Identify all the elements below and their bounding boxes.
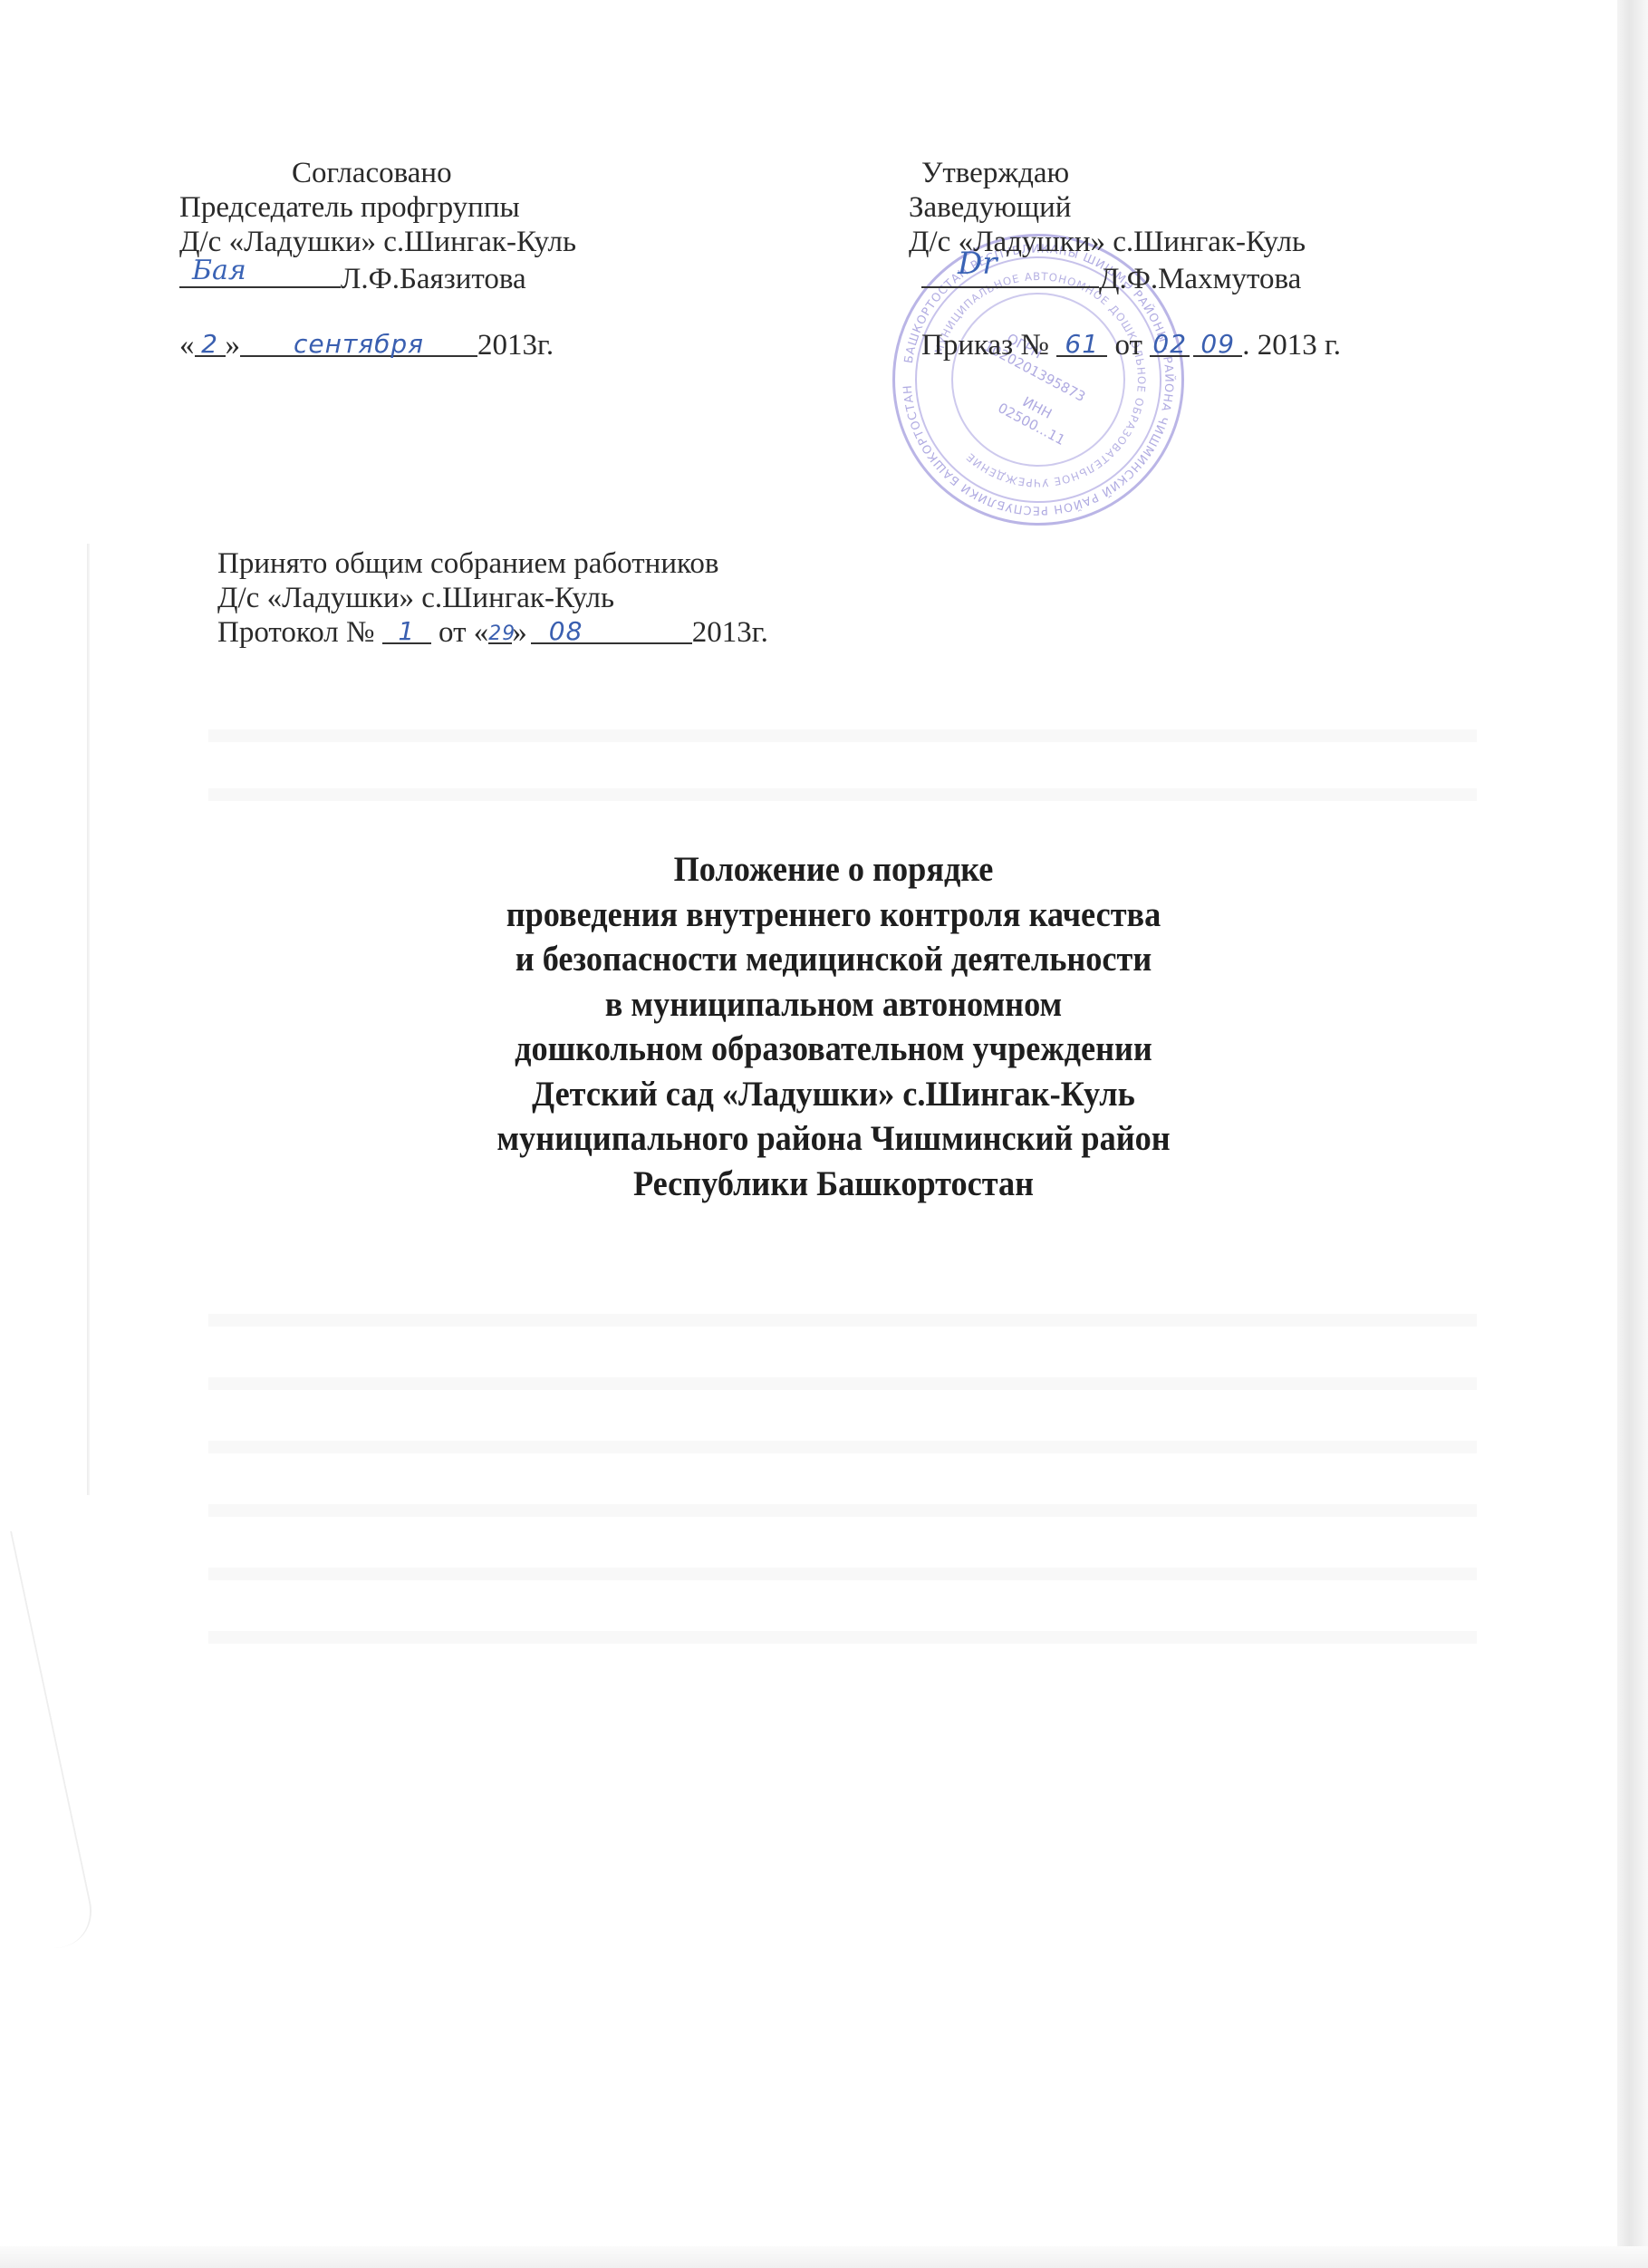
adopted-line1: Принято общим собранием работников (217, 546, 768, 581)
approval-left-position: Председатель профгруппы (179, 190, 576, 225)
approval-right-signer-name: Д.Ф.Махмутова (1099, 263, 1301, 295)
title-line: дошкольном образовательном учреждении (412, 1027, 1255, 1072)
approval-left-block: Согласовано Председатель профгруппы Д/с … (179, 156, 576, 362)
order-day-blank: 02 (1150, 328, 1190, 357)
bleed-through (208, 1568, 1477, 1580)
title-line: в муниципальном автономном (412, 982, 1255, 1028)
signature-blank: Dr (921, 259, 1099, 288)
title-line: и безопасности медицинской деятельности (412, 937, 1255, 982)
title-line: Положение о порядке (412, 847, 1255, 893)
stamp-inn: 02500...11 (996, 400, 1068, 449)
adopted-block: Принято общим собранием работников Д/с «… (217, 546, 768, 650)
order-number-blank: 61 (1056, 328, 1107, 357)
handwritten-signature: Бая (192, 254, 246, 288)
order-line: Приказ № 61 от 0209. 2013 г. (909, 328, 1341, 362)
paper-curl (0, 1531, 101, 1948)
protocol-day-blank: 29 (488, 615, 512, 644)
bleed-through (208, 1631, 1477, 1644)
title-line: проведения внутреннего контроля качества (412, 893, 1255, 938)
protocol-line: Протокол № 1 от «29»082013г. (217, 615, 768, 650)
approval-right-heading: Утверждаю (909, 156, 1341, 190)
protocol-number-blank: 1 (382, 615, 431, 644)
bleed-through (208, 788, 1477, 801)
title-line: Республики Башкортостан (412, 1162, 1255, 1207)
signature-blank: Бая (179, 259, 341, 288)
bleed-through (208, 1314, 1477, 1327)
bleed-through (208, 729, 1477, 742)
order-month-blank: 09 (1193, 328, 1242, 357)
title-line: Детский сад «Ладушки» с.Шингак-Куль (412, 1072, 1255, 1117)
approval-right-position: Заведующий (909, 190, 1341, 225)
adopted-line2: Д/с «Ладушки» с.Шингак-Куль (217, 581, 768, 615)
scan-edge-bottom (0, 2246, 1648, 2268)
bleed-through (208, 1504, 1477, 1517)
protocol-month-blank: 08 (531, 615, 692, 644)
approval-left-date: «2»сентября2013г. (179, 328, 576, 362)
approval-left-heading: Согласовано (179, 156, 576, 190)
bleed-through (208, 1377, 1477, 1390)
year-text: 2013г. (477, 329, 554, 362)
paper-fold-line (87, 544, 90, 1495)
handwritten-signature: Dr (958, 246, 997, 281)
approval-left-signature-line: Бая Л.Ф.Баязитова (179, 259, 576, 294)
bleed-through (208, 1441, 1477, 1453)
approval-right-block: Утверждаю Заведующий Д/с «Ладушки» с.Шин… (909, 156, 1341, 362)
approval-left-signer-name: Л.Ф.Баязитова (341, 263, 526, 295)
document-title: Положение о порядке проведения внутренне… (412, 847, 1255, 1206)
title-line: муниципального района Чишминский район (412, 1116, 1255, 1162)
month-blank: сентября (240, 328, 477, 357)
scan-edge-right (1617, 0, 1648, 2268)
stamp-inn-label: ИНН (1020, 393, 1055, 422)
order-label: Приказ № (921, 329, 1049, 362)
day-blank: 2 (195, 328, 226, 357)
approval-right-signature-line: Dr Д.Ф.Махмутова (909, 259, 1341, 294)
